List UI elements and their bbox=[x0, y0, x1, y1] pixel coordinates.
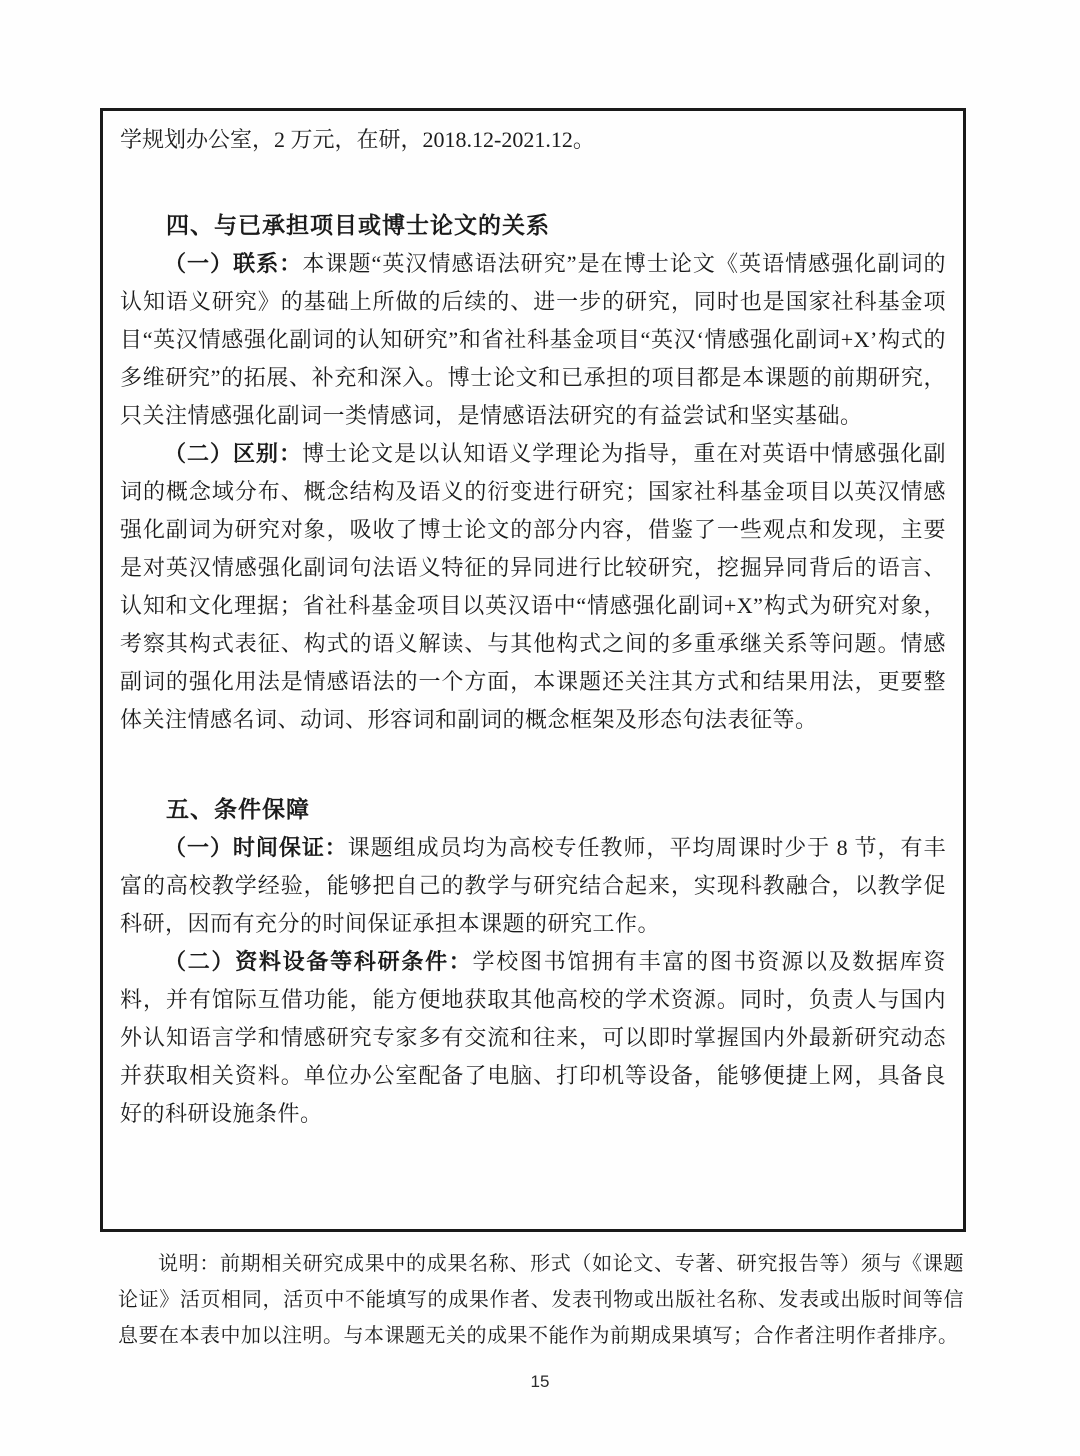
paragraph-time-guarantee: （一）时间保证：课题组成员均为高校专任教师，平均周课时少于 8 节，有丰富的高校… bbox=[120, 829, 946, 943]
paragraph-text-difference: 博士论文是以认知语义学理论为指导，重在对英语中情感强化副词的概念域分布、概念结构… bbox=[120, 441, 946, 732]
paragraph-text-research-conditions: 学校图书馆拥有丰富的图书资源以及数据库资料，并有馆际互借功能，能方便地获取其他高… bbox=[120, 949, 946, 1126]
paragraph-lead-link: （一）联系： bbox=[164, 251, 302, 276]
intro-line: 学规划办公室，2 万元，在研，2018.12-2021.12。 bbox=[120, 121, 946, 159]
page-number: 15 bbox=[0, 1372, 1080, 1392]
paragraph-text-link: 本课题“英汉情感语法研究”是在博士论文《英语情感强化副词的认知语义研究》的基础上… bbox=[120, 251, 946, 428]
section-4-heading: 四、与已承担项目或博士论文的关系 bbox=[120, 207, 946, 245]
section-5-heading: 五、条件保障 bbox=[120, 791, 946, 829]
footnote: 说明：前期相关研究成果中的成果名称、形式（如论文、专著、研究报告等）须与《课题论… bbox=[118, 1246, 964, 1354]
paragraph-research-conditions: （二）资料设备等科研条件：学校图书馆拥有丰富的图书资源以及数据库资料，并有馆际互… bbox=[120, 943, 946, 1133]
paragraph-lead-research-conditions: （二）资料设备等科研条件： bbox=[164, 949, 473, 974]
paragraph-relation-difference: （二）区别：博士论文是以认知语义学理论为指导，重在对英语中情感强化副词的概念域分… bbox=[120, 435, 946, 739]
paragraph-relation-link: （一）联系：本课题“英汉情感语法研究”是在博士论文《英语情感强化副词的认知语义研… bbox=[120, 245, 946, 435]
document-page: 学规划办公室，2 万元，在研，2018.12-2021.12。 四、与已承担项目… bbox=[0, 0, 1080, 1456]
paragraph-lead-difference: （二）区别： bbox=[164, 441, 302, 466]
form-box: 学规划办公室，2 万元，在研，2018.12-2021.12。 四、与已承担项目… bbox=[100, 108, 966, 1232]
paragraph-lead-time-guarantee: （一）时间保证： bbox=[164, 835, 348, 860]
footnote-label: 说明： bbox=[158, 1253, 220, 1275]
footnote-text: 前期相关研究成果中的成果名称、形式（如论文、专著、研究报告等）须与《课题论证》活… bbox=[118, 1253, 964, 1347]
